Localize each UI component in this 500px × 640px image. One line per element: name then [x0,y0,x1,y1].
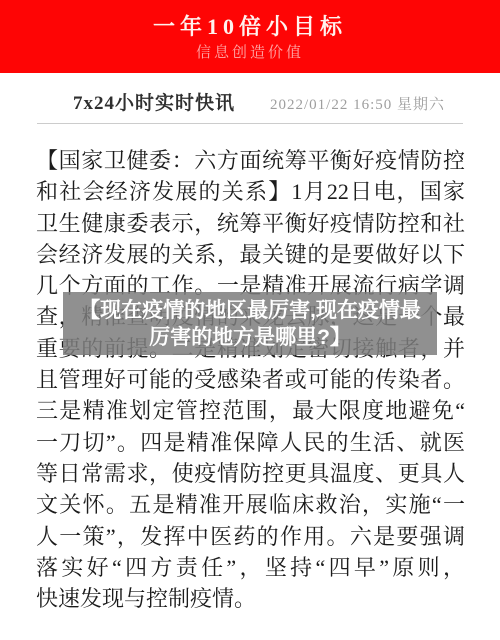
article-line: 等日常需求，使疫情防控更具温度、更具人 [36,458,465,489]
article-line: 落实好“四方责任”，坚持“四早”原则， [36,552,465,583]
article-line: 卫生健康委表示，统筹平衡好疫情防控和社 [36,208,465,239]
site-slogan: 信息创造价值 [196,44,304,62]
article-line: 会经济发展的关系，最关键的是要做好以下 [36,239,465,270]
site-title: 一年10倍小目标 [153,14,347,40]
article-line: 文关怀。五是精准开展临床救治，实施“一 [36,489,465,520]
masthead-banner: 一年10倍小目标 信息创造价值 [0,0,500,73]
article-line: 和社会经济发展的关系】1月22日电，国家 [36,176,465,207]
article-body: 【国家卫健委：六方面统筹平衡好疫情防控 和社会经济发展的关系】1月22日电，国家… [36,145,465,614]
article-line: 【国家卫健委：六方面统筹平衡好疫情防控 [36,145,465,176]
article-line: 一刀切”。四是精准保障人民的生活、就医 [36,427,465,458]
article-line: 快速发现与控制疫情。 [36,583,465,614]
section-title: 7x24小时实时快讯 [73,93,235,115]
news-app-page: 一年10倍小目标 信息创造价值 7x24小时实时快讯 2022/01/22 16… [0,0,500,640]
caption-overlay: 【现在疫情的地区最厉害,现在疫情最 厉害的地方是哪里?】 [63,292,437,355]
article-line: 且管理好可能的受感染者或可能的传染者。 [36,364,465,395]
article-timestamp: 2022/01/22 16:50 星期六 [270,96,445,114]
header-divider [37,123,463,124]
article-line: 人一策”，发挥中医药的作用。六是要强调 [36,521,465,552]
caption-line: 厉害的地方是哪里?】 [149,324,351,351]
article-line: 三是精准划定管控范围，最大限度地避免“ [36,395,465,426]
caption-line: 【现在疫情的地区最厉害,现在疫情最 [79,297,421,324]
